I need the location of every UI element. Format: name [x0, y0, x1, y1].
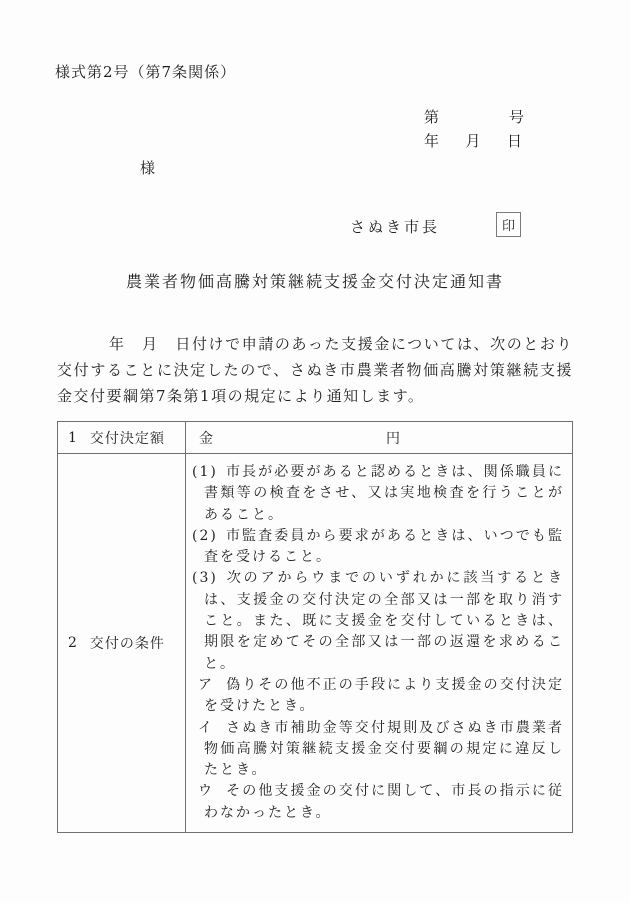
condition-text: さぬき市補助金等交付規則及びさぬき市農業者物価高騰対策継続支援金交付要綱の規定に… — [204, 720, 564, 779]
row1-header-cell: 1 交付決定額 — [58, 422, 186, 453]
condition-subitem: ア偽りその他不正の手段により支援金の交付決定を受けたとき。 — [192, 675, 564, 718]
date-day-label: 日 — [507, 130, 522, 151]
table-row-grant-conditions: 2 交付の条件 (1)市長が必要があると認めるときは、関係職員に書類等の検査をさ… — [58, 454, 572, 832]
condition-marker: (3) — [192, 570, 218, 586]
date-line: 年 月 日 — [424, 130, 522, 151]
sender-title: さぬき市長 — [350, 216, 440, 237]
amount-unit: 円 — [386, 428, 401, 448]
condition-marker: (1) — [192, 464, 218, 480]
condition-marker: ア — [198, 677, 214, 693]
body-paragraph: 年 月 日付けで申請のあった支援金については、次のとおり交付することに決定したの… — [57, 331, 573, 409]
condition-item: (1)市長が必要があると認めるときは、関係職員に書類等の検査をさせ、又は実地検査… — [192, 462, 564, 526]
doc-no-prefix: 第 — [424, 106, 439, 127]
date-year-label: 年 — [424, 130, 439, 151]
row2-header-cell: 2 交付の条件 — [58, 454, 186, 832]
recipient-honorific: 様 — [140, 157, 155, 178]
row2-conditions-cell: (1)市長が必要があると認めるときは、関係職員に書類等の検査をさせ、又は実地検査… — [186, 454, 572, 832]
condition-text: 偽りその他不正の手段により支援金の交付決定を受けたとき。 — [204, 677, 564, 714]
condition-text: 市長が必要があると認めるときは、関係職員に書類等の検査をさせ、又は実地検査を行う… — [204, 464, 564, 523]
document-number-line: 第 号 — [424, 106, 524, 127]
condition-subitem: イさぬき市補助金等交付規則及びさぬき市農業者物価高騰対策継続支援金交付要綱の規定… — [192, 718, 564, 782]
condition-item: (3)次のアからウまでのいずれかに該当するときは、支援金の交付決定の全部又は一部… — [192, 568, 564, 674]
row2-label: 交付の条件 — [90, 633, 165, 653]
row1-number: 1 — [68, 430, 78, 446]
seal-box: 印 — [496, 212, 521, 237]
row1-label: 交付決定額 — [90, 428, 165, 448]
amount-prefix: 金 — [199, 428, 214, 448]
condition-text: 次のアからウまでのいずれかに該当するときは、支援金の交付決定の全部又は一部を取り… — [204, 570, 564, 671]
page-title: 農業者物価高騰対策継続支援金交付決定通知書 — [0, 269, 630, 292]
condition-marker: ウ — [198, 783, 214, 799]
form-number: 様式第2号（第7条関係） — [55, 61, 236, 82]
condition-marker: (2) — [192, 528, 218, 544]
table-row-grant-amount: 1 交付決定額 金 円 — [58, 422, 572, 454]
decision-table: 1 交付決定額 金 円 2 交付の条件 (1)市長が必要があると認めるときは、関… — [57, 421, 573, 833]
row2-number: 2 — [68, 635, 78, 651]
condition-subitem: ウその他支援金の交付に関して、市長の指示に従わなかったとき。 — [192, 781, 564, 824]
condition-marker: イ — [198, 720, 214, 736]
condition-text: その他支援金の交付に関して、市長の指示に従わなかったとき。 — [204, 783, 564, 820]
condition-text: 市監査委員から要求があるときは、いつでも監査を受けること。 — [204, 528, 564, 565]
condition-item: (2)市監査委員から要求があるときは、いつでも監査を受けること。 — [192, 526, 564, 569]
doc-no-suffix: 号 — [509, 106, 524, 127]
row1-amount-cell: 金 円 — [186, 422, 572, 453]
date-month-label: 月 — [465, 130, 480, 151]
seal-label: 印 — [502, 215, 515, 234]
